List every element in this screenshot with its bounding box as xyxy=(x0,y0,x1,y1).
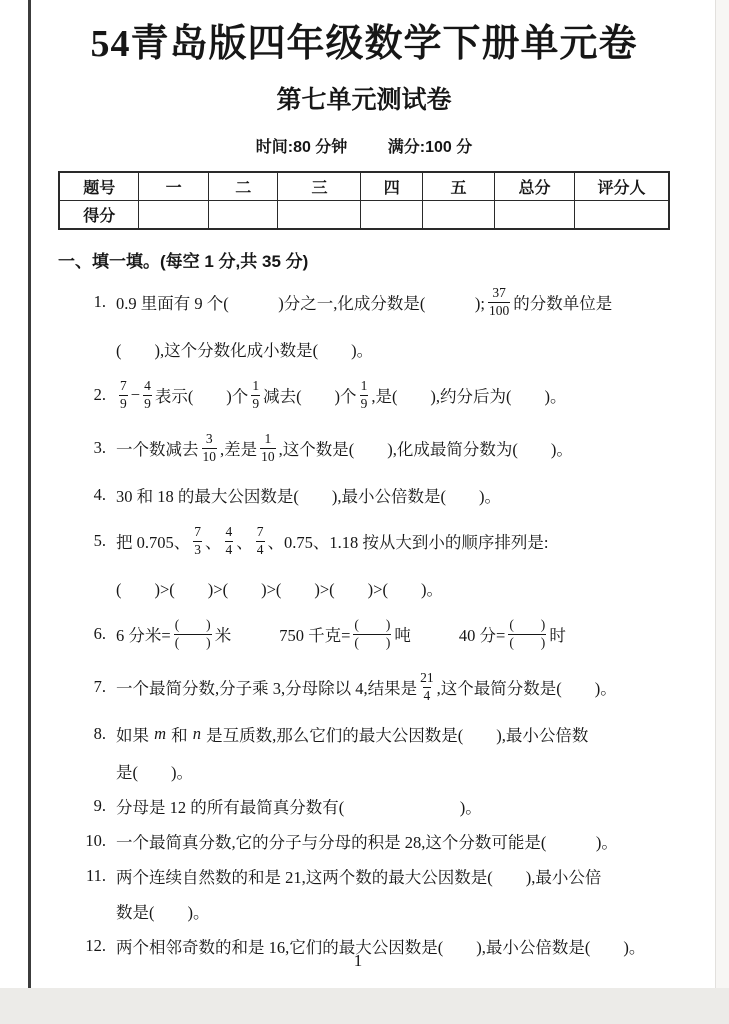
exam-score-label: 满分:100 分 xyxy=(388,139,472,156)
text-run: 表示( )个 xyxy=(155,383,249,407)
fraction-denominator: 9 xyxy=(251,395,260,412)
question-text: 一个数减去310,差是110,这个数是( ),化成最简分数为( )。 xyxy=(116,431,573,464)
text-run: − xyxy=(131,385,140,405)
fraction: 19 xyxy=(251,378,260,411)
score-table-header-cell: 一 xyxy=(139,172,209,201)
fraction-denominator: ( ) xyxy=(508,634,546,651)
fraction-numerator: ( ) xyxy=(175,617,211,633)
text-run: 一个数减去 xyxy=(116,436,199,460)
question-4-line-1: 4.30 和 18 的最大公因数是( ),最小公倍数是( )。 xyxy=(70,475,670,515)
fraction-numerator: 7 xyxy=(194,524,201,540)
text-run: 、0.75、1.18 按从大到小的顺序排列是: xyxy=(268,529,549,553)
question-8-line-2: 是( )。 xyxy=(70,754,670,789)
score-table-score-row: 得分 xyxy=(59,200,669,229)
score-table-header-cell: 三 xyxy=(278,172,361,201)
page-content: 54青岛版四年级数学下册单元卷 第七单元测试卷 时间:80 分钟 满分:100 … xyxy=(58,22,670,964)
text-run: 数是( )。 xyxy=(116,899,210,923)
question-11-line-2: 数是( )。 xyxy=(70,894,670,929)
question-2-line-1: 2.79−49表示( )个19减去( )个19,是( ),约分后为( )。 xyxy=(70,369,670,422)
text-run: ( ),这个分数化成小数是( )。 xyxy=(116,337,373,361)
fraction-numerator: 1 xyxy=(265,431,272,447)
question-10-line-1: 10.一个最简真分数,它的分子与分母的积是 28,这个分数可能是( )。 xyxy=(70,824,670,859)
text-run: 时 xyxy=(549,622,566,646)
question-6-line-1: 6.6 分米=( )( )米750 千克=( )( )吨40 分=( )( )时 xyxy=(70,608,670,661)
text-run: 的分数单位是 xyxy=(513,290,612,314)
question-text: 分母是 12 的所有最简真分数有( )。 xyxy=(116,794,482,818)
question-text: ( )>( )>( )>( )>( )>( )。 xyxy=(116,576,443,600)
question-7-line-1: 7.一个最简分数,分子乘 3,分母除以 4,结果是214,这个最简分数是( )。 xyxy=(70,661,670,714)
text-run: 一个最简分数,分子乘 3,分母除以 4,结果是 xyxy=(116,675,417,699)
question-text: ( ),这个分数化成小数是( )。 xyxy=(116,337,373,361)
paper-title: 54青岛版四年级数学下册单元卷 xyxy=(58,22,670,68)
text-run: ,这个最简分数是( )。 xyxy=(437,675,617,699)
question-9-line-1: 9.分母是 12 的所有最简真分数有( )。 xyxy=(70,789,670,824)
question-number: 7. xyxy=(70,677,106,697)
text-run: 、 xyxy=(236,529,253,553)
text-run: 吨 xyxy=(394,622,411,646)
score-cell xyxy=(361,200,423,229)
text-run: ,差是 xyxy=(220,436,257,460)
question-text: 两个连续自然数的和是 21,这两个数的最大公因数是( ),最小公倍 xyxy=(116,864,601,888)
question-number: 4. xyxy=(70,485,106,505)
text-run: 30 和 18 的最大公因数是( ),最小公倍数是( )。 xyxy=(116,483,501,507)
fraction-numerator: ( ) xyxy=(509,617,545,633)
exam-meta: 时间:80 分钟 满分:100 分 xyxy=(58,134,670,157)
question-number: 8. xyxy=(70,724,106,744)
score-table-header-cell: 二 xyxy=(208,172,278,201)
text-run: 如果 xyxy=(116,722,153,746)
fraction: 73 xyxy=(193,524,202,557)
page-number: 1 xyxy=(0,951,716,971)
question-text: 0.9 里面有 9 个( )分之一,化成分数是( );37100的分数单位是 xyxy=(116,285,612,318)
fraction-denominator: 3 xyxy=(193,541,202,558)
score-table: 题号一二三四五总分评分人 得分 xyxy=(58,171,670,230)
question-1-line-2: ( ),这个分数化成小数是( )。 xyxy=(70,329,670,369)
paper-subtitle: 第七单元测试卷 xyxy=(58,80,670,116)
score-table-header-cell: 五 xyxy=(423,172,495,201)
score-table-header-cell: 评分人 xyxy=(574,172,669,201)
text-run: 和 xyxy=(167,722,192,746)
score-cell xyxy=(278,200,361,229)
text-run: 米 xyxy=(215,622,232,646)
question-text: 6 分米=( )( )米750 千克=( )( )吨40 分=( )( )时 xyxy=(116,617,566,650)
fraction-numerator: 4 xyxy=(226,524,233,540)
fraction-numerator: 1 xyxy=(361,378,368,394)
fraction-denominator: ( ) xyxy=(174,634,212,651)
question-3-line-1: 3.一个数减去310,差是110,这个数是( ),化成最简分数为( )。 xyxy=(70,422,670,475)
fraction-denominator: 4 xyxy=(225,541,234,558)
text-run: 750 千克= xyxy=(279,622,350,646)
score-cell xyxy=(423,200,495,229)
variable: n xyxy=(192,724,202,744)
question-number: 9. xyxy=(70,796,106,816)
question-text: 把 0.705、73、44、74、0.75、1.18 按从大到小的顺序排列是: xyxy=(116,524,548,557)
question-text: 数是( )。 xyxy=(116,899,210,923)
fraction: 110 xyxy=(260,431,276,464)
question-text: 一个最简分数,分子乘 3,分母除以 4,结果是214,这个最简分数是( )。 xyxy=(116,670,617,703)
variable: m xyxy=(153,724,167,744)
question-8-line-1: 8.如果 m 和 n 是互质数,那么它们的最大公因数是( ),最小公倍数 xyxy=(70,714,670,754)
question-1-line-1: 1.0.9 里面有 9 个( )分之一,化成分数是( );37100的分数单位是 xyxy=(70,276,670,329)
fraction: 310 xyxy=(202,431,218,464)
text-run: 分母是 12 的所有最简真分数有( )。 xyxy=(116,794,482,818)
score-table-header-cell: 总分 xyxy=(495,172,575,201)
fraction: 74 xyxy=(256,524,265,557)
score-row-label: 得分 xyxy=(59,200,139,229)
question-number: 10. xyxy=(70,831,106,851)
fraction-numerator: 21 xyxy=(420,670,434,686)
score-cell xyxy=(208,200,278,229)
text-run: 0.9 里面有 9 个( )分之一,化成分数是( ); xyxy=(116,290,485,314)
text-run: 把 0.705、 xyxy=(116,529,190,553)
fraction-denominator: 9 xyxy=(119,395,128,412)
fraction: 214 xyxy=(420,670,434,703)
fraction-numerator: 37 xyxy=(492,285,506,301)
fraction-numerator: 7 xyxy=(120,378,127,394)
text-run: 、 xyxy=(205,529,222,553)
test-paper-page: 54青岛版四年级数学下册单元卷 第七单元测试卷 时间:80 分钟 满分:100 … xyxy=(0,0,729,1024)
fraction-denominator: 4 xyxy=(256,541,265,558)
fraction-denominator: 10 xyxy=(202,448,218,465)
scan-bottom-margin xyxy=(0,988,729,1024)
fraction-numerator: 3 xyxy=(206,431,213,447)
score-cell xyxy=(495,200,575,229)
text-run: 一个最简真分数,它的分子与分母的积是 28,这个分数可能是( )。 xyxy=(116,829,618,853)
question-number: 1. xyxy=(70,292,106,312)
exam-time-label: 时间:80 分钟 xyxy=(256,139,348,156)
text-run: 40 分= xyxy=(459,622,505,646)
score-cell xyxy=(139,200,209,229)
questions: 1.0.9 里面有 9 个( )分之一,化成分数是( );37100的分数单位是… xyxy=(58,276,670,964)
score-table-header-cell: 题号 xyxy=(59,172,139,201)
fraction: 79 xyxy=(119,378,128,411)
score-cell xyxy=(574,200,669,229)
fraction-denominator: ( ) xyxy=(353,634,391,651)
scan-right-edge-line xyxy=(715,0,716,988)
question-number: 2. xyxy=(70,385,106,405)
fraction-denominator: 10 xyxy=(260,448,276,465)
text-run: 减去( )个 xyxy=(263,383,357,407)
text-run: 是( )。 xyxy=(116,759,193,783)
question-text: 一个最简真分数,它的分子与分母的积是 28,这个分数可能是( )。 xyxy=(116,829,618,853)
question-5-line-1: 5.把 0.705、73、44、74、0.75、1.18 按从大到小的顺序排列是… xyxy=(70,515,670,568)
question-number: 11. xyxy=(70,866,106,886)
fraction-denominator: 9 xyxy=(360,395,369,412)
question-text: 30 和 18 的最大公因数是( ),最小公倍数是( )。 xyxy=(116,483,501,507)
fraction-numerator: ( ) xyxy=(354,617,390,633)
text-run: ( )>( )>( )>( )>( )>( )。 xyxy=(116,576,443,600)
fraction-numerator: 7 xyxy=(257,524,264,540)
question-text: 如果 m 和 n 是互质数,那么它们的最大公因数是( ),最小公倍数 xyxy=(116,722,588,746)
fraction-denominator: 9 xyxy=(143,395,152,412)
score-table-header-cell: 四 xyxy=(361,172,423,201)
section-one-heading: 一、填一填。(每空 1 分,共 35 分) xyxy=(58,247,670,272)
question-text: 79−49表示( )个19减去( )个19,是( ),约分后为( )。 xyxy=(116,378,567,411)
text-run: 两个连续自然数的和是 21,这两个数的最大公因数是( ),最小公倍 xyxy=(116,864,601,888)
fraction: 37100 xyxy=(488,285,510,318)
text-run: ,是( ),约分后为( )。 xyxy=(371,383,566,407)
fraction-numerator: 4 xyxy=(144,378,151,394)
fraction: ( )( ) xyxy=(353,617,391,650)
question-number: 6. xyxy=(70,624,106,644)
question-number: 3. xyxy=(70,438,106,458)
question-number: 5. xyxy=(70,531,106,551)
fraction: 44 xyxy=(225,524,234,557)
question-11-line-1: 11.两个连续自然数的和是 21,这两个数的最大公因数是( ),最小公倍 xyxy=(70,859,670,894)
question-5-line-2: ( )>( )>( )>( )>( )>( )。 xyxy=(70,568,670,608)
fraction-denominator: 100 xyxy=(488,302,510,319)
fraction: ( )( ) xyxy=(508,617,546,650)
fraction: ( )( ) xyxy=(174,617,212,650)
text-run: 是互质数,那么它们的最大公因数是( ),最小公倍数 xyxy=(202,722,588,746)
fraction-denominator: 4 xyxy=(423,687,432,704)
score-table-header-row: 题号一二三四五总分评分人 xyxy=(59,172,669,201)
text-run: ,这个数是( ),化成最简分数为( )。 xyxy=(279,436,573,460)
text-run: 6 分米= xyxy=(116,622,171,646)
fraction-numerator: 1 xyxy=(252,378,259,394)
scan-left-edge-line xyxy=(28,0,31,992)
fraction: 19 xyxy=(360,378,369,411)
question-text: 是( )。 xyxy=(116,759,193,783)
scan-right-margin xyxy=(716,0,729,1024)
fraction: 49 xyxy=(143,378,152,411)
